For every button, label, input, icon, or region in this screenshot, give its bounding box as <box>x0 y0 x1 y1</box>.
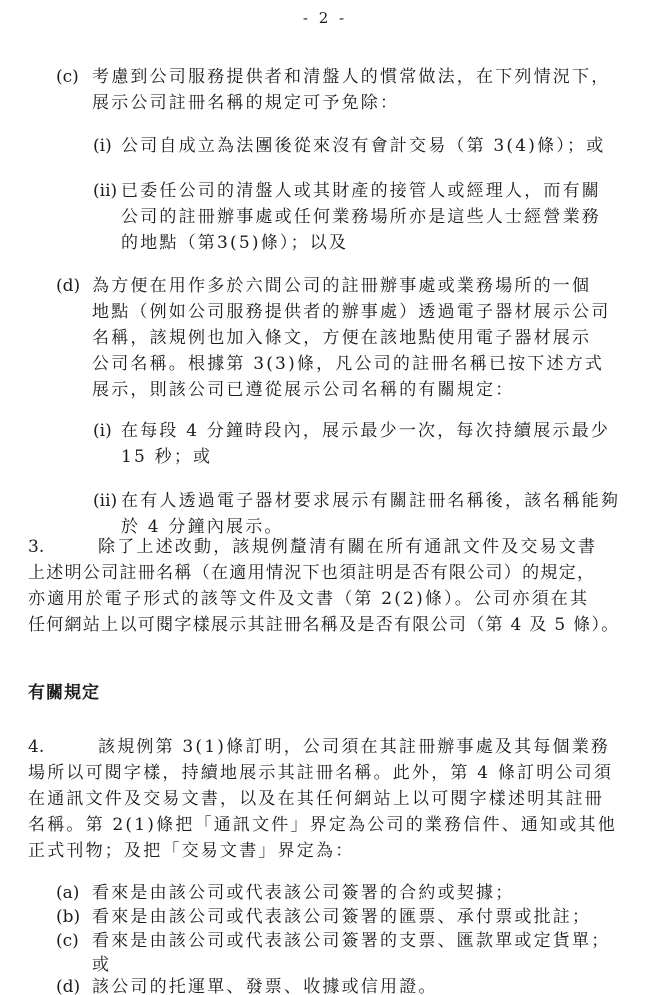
text-line: 亦適用於電子形式的該等文件及文書（第 2(2)條）。公司亦須在其 <box>28 588 589 610</box>
text-line: 展示公司註冊名稱的規定可予免除： <box>92 92 399 114</box>
paragraph-number: 3. <box>28 536 44 558</box>
text-line: 15 秒；或 <box>121 446 212 468</box>
page-number: - 2 - <box>0 9 650 27</box>
text-line: 在有人透過電子器材要求展示有關註冊名稱後，該名稱能夠 <box>121 490 620 512</box>
text-line: 考慮到公司服務提供者和清盤人的慣常做法，在下列情況下， <box>92 66 610 88</box>
text-line: 看來是由該公司或代表該公司簽署的支票、匯款單或定貨單； <box>92 930 610 952</box>
text-line: 該公司的托運單、發票、收據或信用證。 <box>92 976 438 995</box>
item-label: (d) <box>56 275 80 297</box>
text-line: 除了上述改動，該規例釐清有關在所有通訊文件及交易文書 <box>98 536 597 558</box>
text-line: 地點（例如公司服務提供者的辦事處）透過電子器材展示公司 <box>92 301 610 323</box>
item-label: (i) <box>93 420 112 442</box>
text-line: 在每段 4 分鐘時段內，展示最少一次，每次持續展示最少 <box>121 420 610 442</box>
item-label: (c) <box>56 930 79 952</box>
item-label: (d) <box>56 976 80 995</box>
text-line: 公司的註冊辦事處或任何業務場所亦是這些人士經營業務 <box>121 206 601 228</box>
text-line: 名稱，該規例也加入條文，方便在該地點使用電子器材展示 <box>92 327 591 349</box>
text-line: 看來是由該公司或代表該公司簽署的合約或契據； <box>92 882 514 904</box>
text-line: 在通訊文件及交易文書，以及在其任何網站上以可閱字樣述明其註冊 <box>28 788 604 810</box>
item-label: (a) <box>56 882 79 904</box>
text-line: 場所以可閱字樣，持續地展示其註冊名稱。此外，第 4 條訂明公司須 <box>28 762 613 784</box>
paragraph-number: 4. <box>28 736 44 758</box>
item-label: (ii) <box>93 180 117 202</box>
text-line: 已委任公司的清盤人或其財產的接管人或經理人，而有關 <box>121 180 601 202</box>
text-line: 或 <box>92 954 111 976</box>
text-line: 於 4 分鐘內展示。 <box>121 516 284 538</box>
text-line: 公司名稱。根據第 3(3)條，凡公司的註冊名稱已按下述方式 <box>92 353 604 375</box>
text-line: 任何網站上以可閱字樣展示其註冊名稱及是否有限公司（第 4 及 5 條）。 <box>28 614 620 636</box>
item-label: (c) <box>56 66 79 88</box>
text-line: 展示，則該公司已遵從展示公司名稱的有關規定： <box>92 379 514 401</box>
text-line: 看來是由該公司或代表該公司簽署的匯票、承付票或批註； <box>92 906 591 928</box>
text-line: 上述明公司註冊名稱（在適用情況下也須註明是否有限公司）的規定， <box>28 562 595 584</box>
section-heading: 有關規定 <box>28 678 100 703</box>
text-line: 公司自成立為法團後從來沒有會計交易（第 3(4)條）；或 <box>121 135 605 157</box>
text-line: 的地點（第3(5)條）；以及 <box>121 232 348 254</box>
item-label: (b) <box>56 906 80 928</box>
text-line: 該規例第 3(1)條訂明，公司須在其註冊辦事處及其每個業務 <box>98 736 610 758</box>
text-line: 為方便在用作多於六間公司的註冊辦事處或業務場所的一個 <box>92 275 591 297</box>
item-label: (ii) <box>93 490 117 512</box>
text-line: 名稱。第 2(1)條把「通訊文件」界定為公司的業務信件、通知或其他 <box>28 814 617 836</box>
text-line: 正式刊物；及把「交易文書」界定為： <box>28 840 354 862</box>
item-label: (i) <box>93 135 112 157</box>
